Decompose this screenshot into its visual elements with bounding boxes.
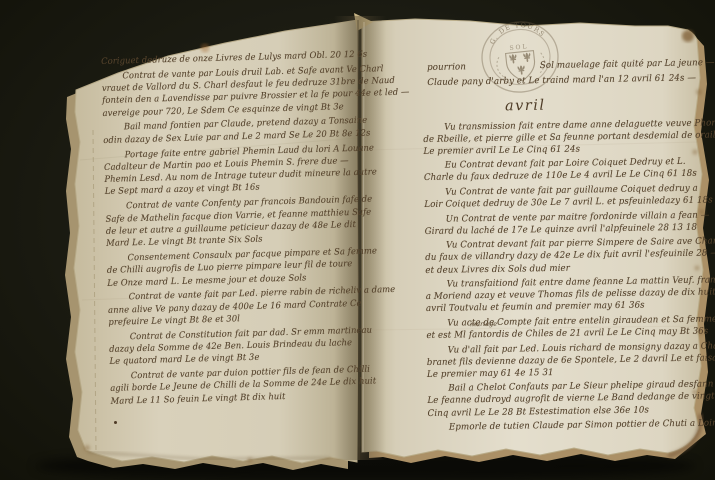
ink-dot <box>114 421 117 424</box>
right-page-text: Vu transmission fait entre dame anne del… <box>423 114 715 434</box>
foxing-spot <box>201 44 210 53</box>
corner-curl-stain <box>682 30 694 42</box>
photo-background: G. DE TOURS SOL Coriguet dedruze de onze… <box>0 0 715 480</box>
month-heading: avril <box>505 98 546 115</box>
right-page-header-text: pourrion Sol mauelage fait quité par La … <box>427 56 715 91</box>
left-page-text: Coriguet dedruze de onze Livres de Lulys… <box>101 47 418 407</box>
